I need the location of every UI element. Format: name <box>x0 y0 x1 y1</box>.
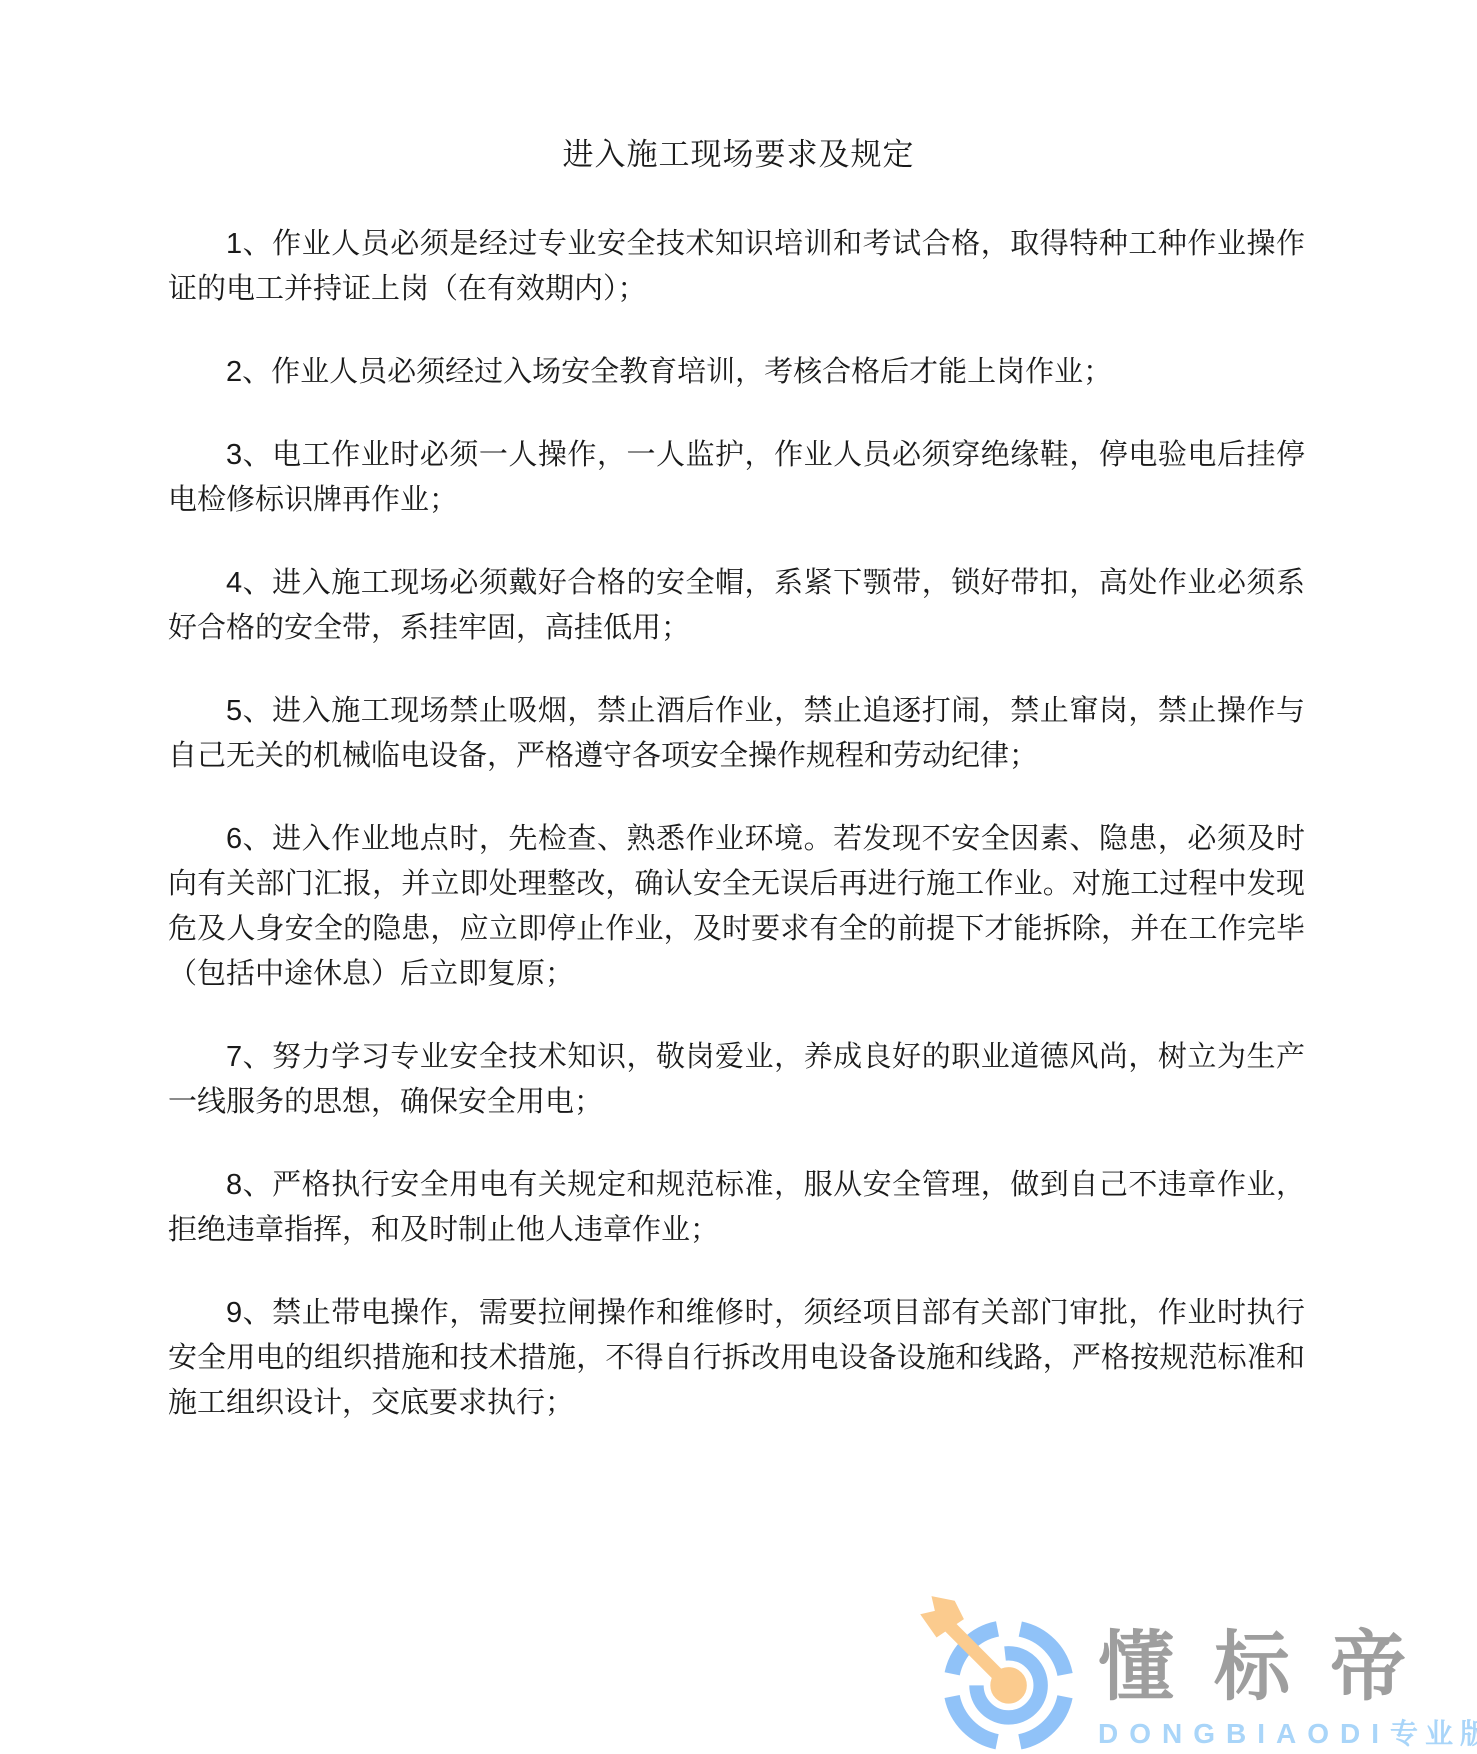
paragraph-3: 3、电工作业时必须一人操作，一人监护，作业人员必须穿绝缘鞋，停电验电后挂停电检修… <box>168 433 1305 523</box>
paragraph-1: 1、作业人员必须是经过专业安全技术知识培训和考试合格，取得特种工种作业操作证的电… <box>168 222 1305 312</box>
watermark-edition: 专业版 <box>1390 1718 1477 1749</box>
paragraph-6: 6、进入作业地点时，先检查、熟悉作业环境。若发现不安全因素、隐患，必须及时向有关… <box>168 817 1305 997</box>
paragraph-2: 2、作业人员必须经过入场安全教育培训，考核合格后才能上岗作业； <box>168 350 1305 395</box>
bullseye-dart-logo-icon <box>905 1588 1090 1754</box>
paragraph-9: 9、禁止带电操作，需要拉闸操作和维修时，须经项目部有关部门审批，作业时执行安全用… <box>168 1291 1305 1426</box>
paragraph-7: 7、努力学习专业安全技术知识，敬岗爱业，养成良好的职业道德风尚，树立为生产一线服… <box>168 1035 1305 1125</box>
paragraph-4: 4、进入施工现场必须戴好合格的安全帽，系紧下颚带，锁好带扣，高处作业必须系好合格… <box>168 561 1305 651</box>
watermark: 懂标帝 DONGBIAODI专业版 <box>905 1588 1465 1754</box>
document-page: 进入施工现场要求及规定 1、作业人员必须是经过专业安全技术知识培训和考试合格，取… <box>0 0 1477 1754</box>
paragraph-5: 5、进入施工现场禁止吸烟，禁止酒后作业，禁止追逐打闹，禁止窜岗，禁止操作与自己无… <box>168 689 1305 779</box>
watermark-text: 懂标帝 DONGBIAODI专业版 <box>1098 1630 1477 1754</box>
document-body: 1、作业人员必须是经过专业安全技术知识培训和考试合格，取得特种工种作业操作证的电… <box>0 174 1477 1426</box>
watermark-brand-cn: 懂标帝 <box>1098 1630 1477 1706</box>
watermark-caption: DONGBIAODI专业版 <box>1098 1712 1477 1752</box>
document-title: 进入施工现场要求及规定 <box>0 0 1477 174</box>
paragraph-8: 8、严格执行安全用电有关规定和规范标准，服从安全管理，做到自己不违章作业，拒绝违… <box>168 1163 1305 1253</box>
watermark-brand-en: DONGBIAODI <box>1098 1718 1390 1749</box>
